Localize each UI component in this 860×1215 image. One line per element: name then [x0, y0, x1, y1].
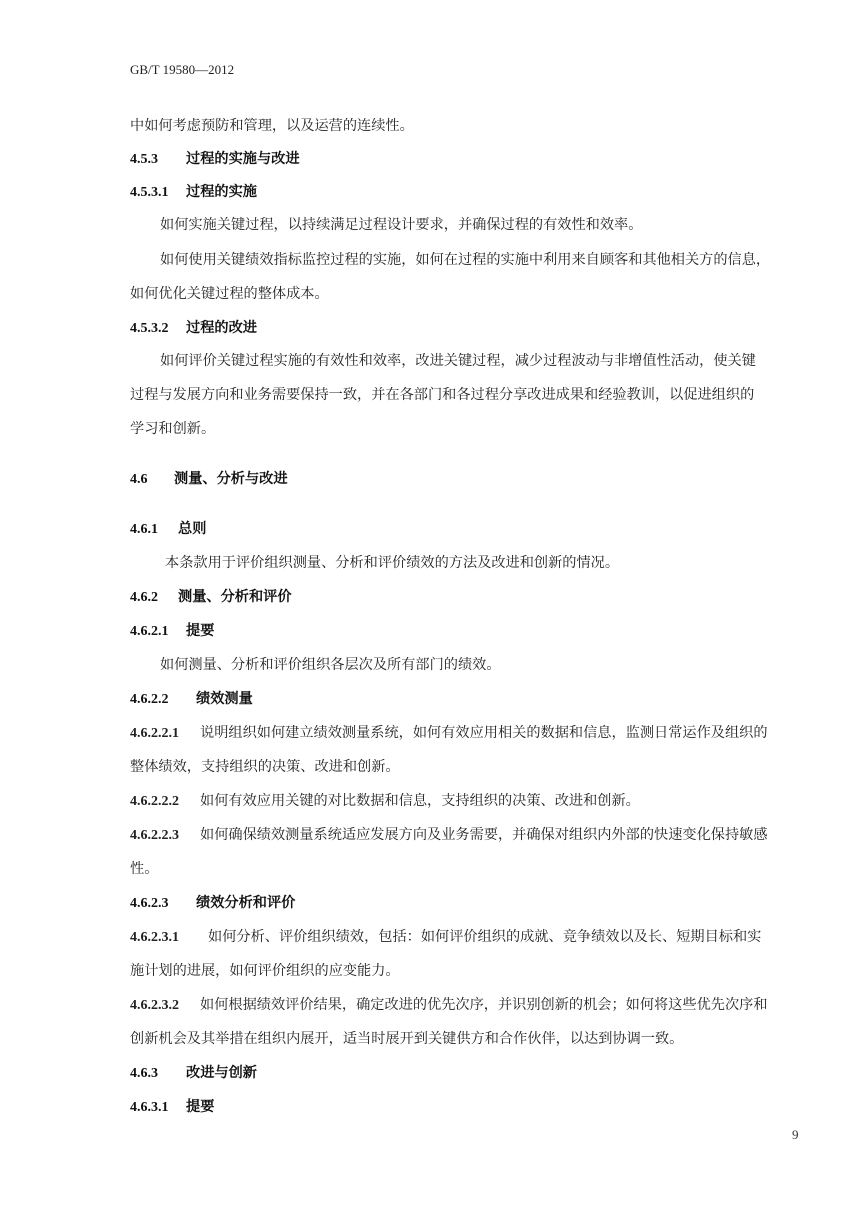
section-number: 4.6.2.1 — [130, 624, 186, 640]
paragraph-line: 本条款用于评价组织测量、分析和评价绩效的方法及改进和创新的情况。 — [165, 552, 619, 572]
section-title: 测量、分析和评价 — [178, 589, 292, 605]
clause-number: 4.6.2.2.3 — [130, 828, 200, 844]
document-header-standard-id: GB/T 19580—2012 — [130, 62, 234, 78]
paragraph-line: 创新机会及其举措在组织内展开，适当时展开到关键供方和合作伙伴，以达到协调一致。 — [130, 1028, 683, 1048]
section-number: 4.5.3.2 — [130, 321, 186, 337]
clause-number: 4.6.2.3.2 — [130, 998, 200, 1014]
paragraph-line: 如何评价关键过程实施的有效性和效率，改进关键过程，减少过程波动与非增值性活动，使… — [160, 350, 756, 370]
clause-4-6-2-3-1: 4.6.2.3.1如何分析、评价组织绩效，包括：如何评价组织的成就、竞争绩效以及… — [130, 926, 761, 946]
paragraph-line: 施计划的进展，如何评价组织的应变能力。 — [130, 960, 400, 980]
section-number: 4.5.3 — [130, 152, 186, 168]
clause-text: 如何分析、评价组织绩效，包括：如何评价组织的成就、竞争绩效以及长、短期目标和实 — [208, 929, 761, 945]
heading-4-6-2-3: 4.6.2.3绩效分析和评价 — [130, 892, 295, 912]
section-number: 4.6.2.3 — [130, 896, 196, 912]
clause-text: 如何根据绩效评价结果，确定改进的优先次序，并识别创新的机会；如何将这些优先次序和 — [200, 997, 768, 1013]
heading-4-5-3: 4.5.3过程的实施与改进 — [130, 148, 300, 168]
clause-number: 4.6.2.2.2 — [130, 794, 200, 810]
heading-4-5-3-2: 4.5.3.2过程的改进 — [130, 317, 257, 337]
clause-text: 如何有效应用关键的对比数据和信息，支持组织的决策、改进和创新。 — [200, 793, 640, 809]
clause-4-6-2-2-2: 4.6.2.2.2如何有效应用关键的对比数据和信息，支持组织的决策、改进和创新。 — [130, 790, 640, 810]
section-title: 提要 — [186, 1099, 214, 1115]
section-title: 绩效分析和评价 — [196, 895, 295, 911]
heading-4-6-1: 4.6.1总则 — [130, 518, 206, 538]
heading-4-6: 4.6测量、分析与改进 — [130, 468, 288, 488]
section-number: 4.6.2 — [130, 590, 178, 606]
paragraph-line: 如何实施关键过程，以持续满足过程设计要求，并确保过程的有效性和效率。 — [160, 214, 642, 234]
paragraph-line: 中如何考虑预防和管理，以及运营的连续性。 — [130, 115, 414, 135]
clause-4-6-2-2-1: 4.6.2.2.1说明组织如何建立绩效测量系统，如何有效应用相关的数据和信息，监… — [130, 722, 768, 742]
paragraph-line: 如何优化关键过程的整体成本。 — [130, 283, 329, 303]
section-number: 4.6.1 — [130, 522, 178, 538]
paragraph-line: 如何使用关键绩效指标监控过程的实施，如何在过程的实施中利用来自顾客和其他相关方的… — [160, 249, 770, 269]
clause-text: 如何确保绩效测量系统适应发展方向及业务需要，并确保对组织内外部的快速变化保持敏感 — [200, 827, 768, 843]
clause-number: 4.6.2.3.1 — [130, 930, 208, 946]
section-title: 绩效测量 — [196, 691, 253, 707]
paragraph-line: 学习和创新。 — [130, 418, 215, 438]
clause-4-6-2-2-3: 4.6.2.2.3如何确保绩效测量系统适应发展方向及业务需要，并确保对组织内外部… — [130, 824, 768, 844]
section-title: 总则 — [178, 521, 206, 537]
paragraph-line: 过程与发展方向和业务需要保持一致，并在各部门和各过程分享改进成果和经验教训，以促… — [130, 384, 754, 404]
section-number: 4.6 — [130, 472, 174, 488]
section-title: 改进与创新 — [186, 1065, 257, 1081]
section-title: 过程的实施与改进 — [186, 151, 300, 167]
heading-4-6-2-1: 4.6.2.1提要 — [130, 620, 214, 640]
section-number: 4.5.3.1 — [130, 185, 186, 201]
page-number: 9 — [792, 1127, 799, 1143]
section-number: 4.6.2.2 — [130, 692, 196, 708]
heading-4-6-2: 4.6.2测量、分析和评价 — [130, 586, 292, 606]
section-number: 4.6.3 — [130, 1066, 186, 1082]
section-title: 过程的实施 — [186, 184, 257, 200]
heading-4-6-3: 4.6.3改进与创新 — [130, 1062, 257, 1082]
clause-number: 4.6.2.2.1 — [130, 726, 200, 742]
paragraph-line: 如何测量、分析和评价组织各层次及所有部门的绩效。 — [160, 654, 501, 674]
heading-4-6-3-1: 4.6.3.1提要 — [130, 1096, 214, 1116]
clause-4-6-2-3-2: 4.6.2.3.2如何根据绩效评价结果，确定改进的优先次序，并识别创新的机会；如… — [130, 994, 768, 1014]
paragraph-line: 整体绩效，支持组织的决策、改进和创新。 — [130, 756, 400, 776]
section-number: 4.6.3.1 — [130, 1100, 186, 1116]
clause-text: 说明组织如何建立绩效测量系统，如何有效应用相关的数据和信息，监测日常运作及组织的 — [200, 725, 768, 741]
heading-4-5-3-1: 4.5.3.1过程的实施 — [130, 181, 257, 201]
heading-4-6-2-2: 4.6.2.2绩效测量 — [130, 688, 253, 708]
section-title: 提要 — [186, 623, 214, 639]
section-title: 测量、分析与改进 — [174, 471, 288, 487]
paragraph-line: 性。 — [130, 858, 158, 878]
section-title: 过程的改进 — [186, 320, 257, 336]
